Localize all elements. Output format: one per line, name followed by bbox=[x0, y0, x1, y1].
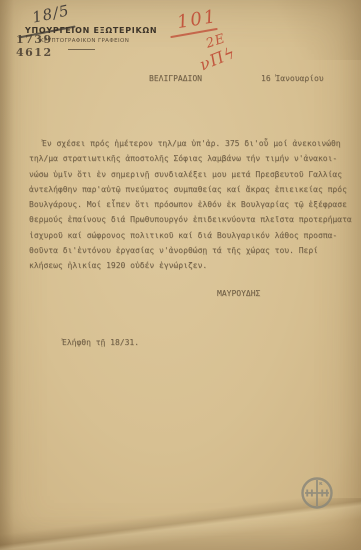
signature-name: ΜΑΥΡΟΥΔΗΣ bbox=[217, 289, 260, 298]
handwritten-archive-number: 18/5 bbox=[31, 1, 72, 26]
body-line: νώσω ὑμῖν ὅτι ἐν σημερινῇ συνδιαλέξει μο… bbox=[29, 167, 351, 182]
protocol-number-stamp-bottom: 4612 bbox=[16, 46, 53, 59]
paper-crease-left bbox=[0, 0, 14, 550]
body-line: Ἐν σχέσει πρός ἡμέτερον τηλ/μα ὑπ'ἀρ. 37… bbox=[29, 136, 351, 151]
office-letterhead: ΚΡΥΠΤΟΓΡΑΦΙΚΟΝ ΓΡΑΦΕΙΟΝ bbox=[40, 38, 200, 44]
body-line: θοῦντα δι'ἐντόνου ἐργασίας ν'ἀνορθώσῃ τά… bbox=[29, 243, 351, 258]
body-line: Βουλγάρους. Μοί εἶπεν ὅτι πρόσωπον ἐλθόν… bbox=[29, 197, 351, 212]
dateline-date: 16 Ἰανουαρίου bbox=[261, 74, 324, 83]
telegram-body: Ἐν σχέσει πρός ἡμέτερον τηλ/μα ὑπ'ἀρ. 37… bbox=[29, 136, 351, 274]
body-line: ἰσχυροῦ καί σώφρονος πολιτικοῦ καί διά Β… bbox=[29, 228, 351, 243]
red-annotation-initials-bottom: νΠϟ bbox=[197, 43, 239, 75]
body-line: κλήσεως ἡλικίας 1920 οὐδέν ἐγνώριζεν. bbox=[29, 258, 351, 273]
protocol-number-stamp-top: 1739 bbox=[16, 33, 53, 46]
body-line: θερμούς ἐπαίνους διά Πρωθυπουργόν ἐπιδει… bbox=[29, 212, 351, 227]
received-note: Ἐλήφθη τῇ 18/31. bbox=[62, 338, 139, 347]
dateline-place: ΒΕΛΙΓΡΑΔΙΟΝ bbox=[149, 74, 202, 83]
seal-monogram-left: Η bbox=[305, 489, 313, 500]
paper-crease-top-right bbox=[241, 0, 361, 60]
body-line: ἀντελήφθην παρ'αὐτῷ πνεύματος συμπαθείας… bbox=[29, 182, 351, 197]
office-letterhead-rule bbox=[68, 49, 95, 50]
telegram-paper: 18/5 ΥΠΟΥΡΓΕΙΟΝ ΕΞΩΤΕΡΙΚΩΝ ΚΡΥΠΤΟΓΡΑΦΙΚΟ… bbox=[0, 0, 361, 550]
seal-monogram-right: Η bbox=[320, 489, 328, 500]
seal-top-letter: κ bbox=[319, 481, 323, 487]
body-line: τηλ/μα στρατιωτικῆς ἀποστολῆς Σόφιας λαμ… bbox=[29, 151, 351, 166]
archive-seal-icon: Η Η κ bbox=[299, 475, 335, 511]
